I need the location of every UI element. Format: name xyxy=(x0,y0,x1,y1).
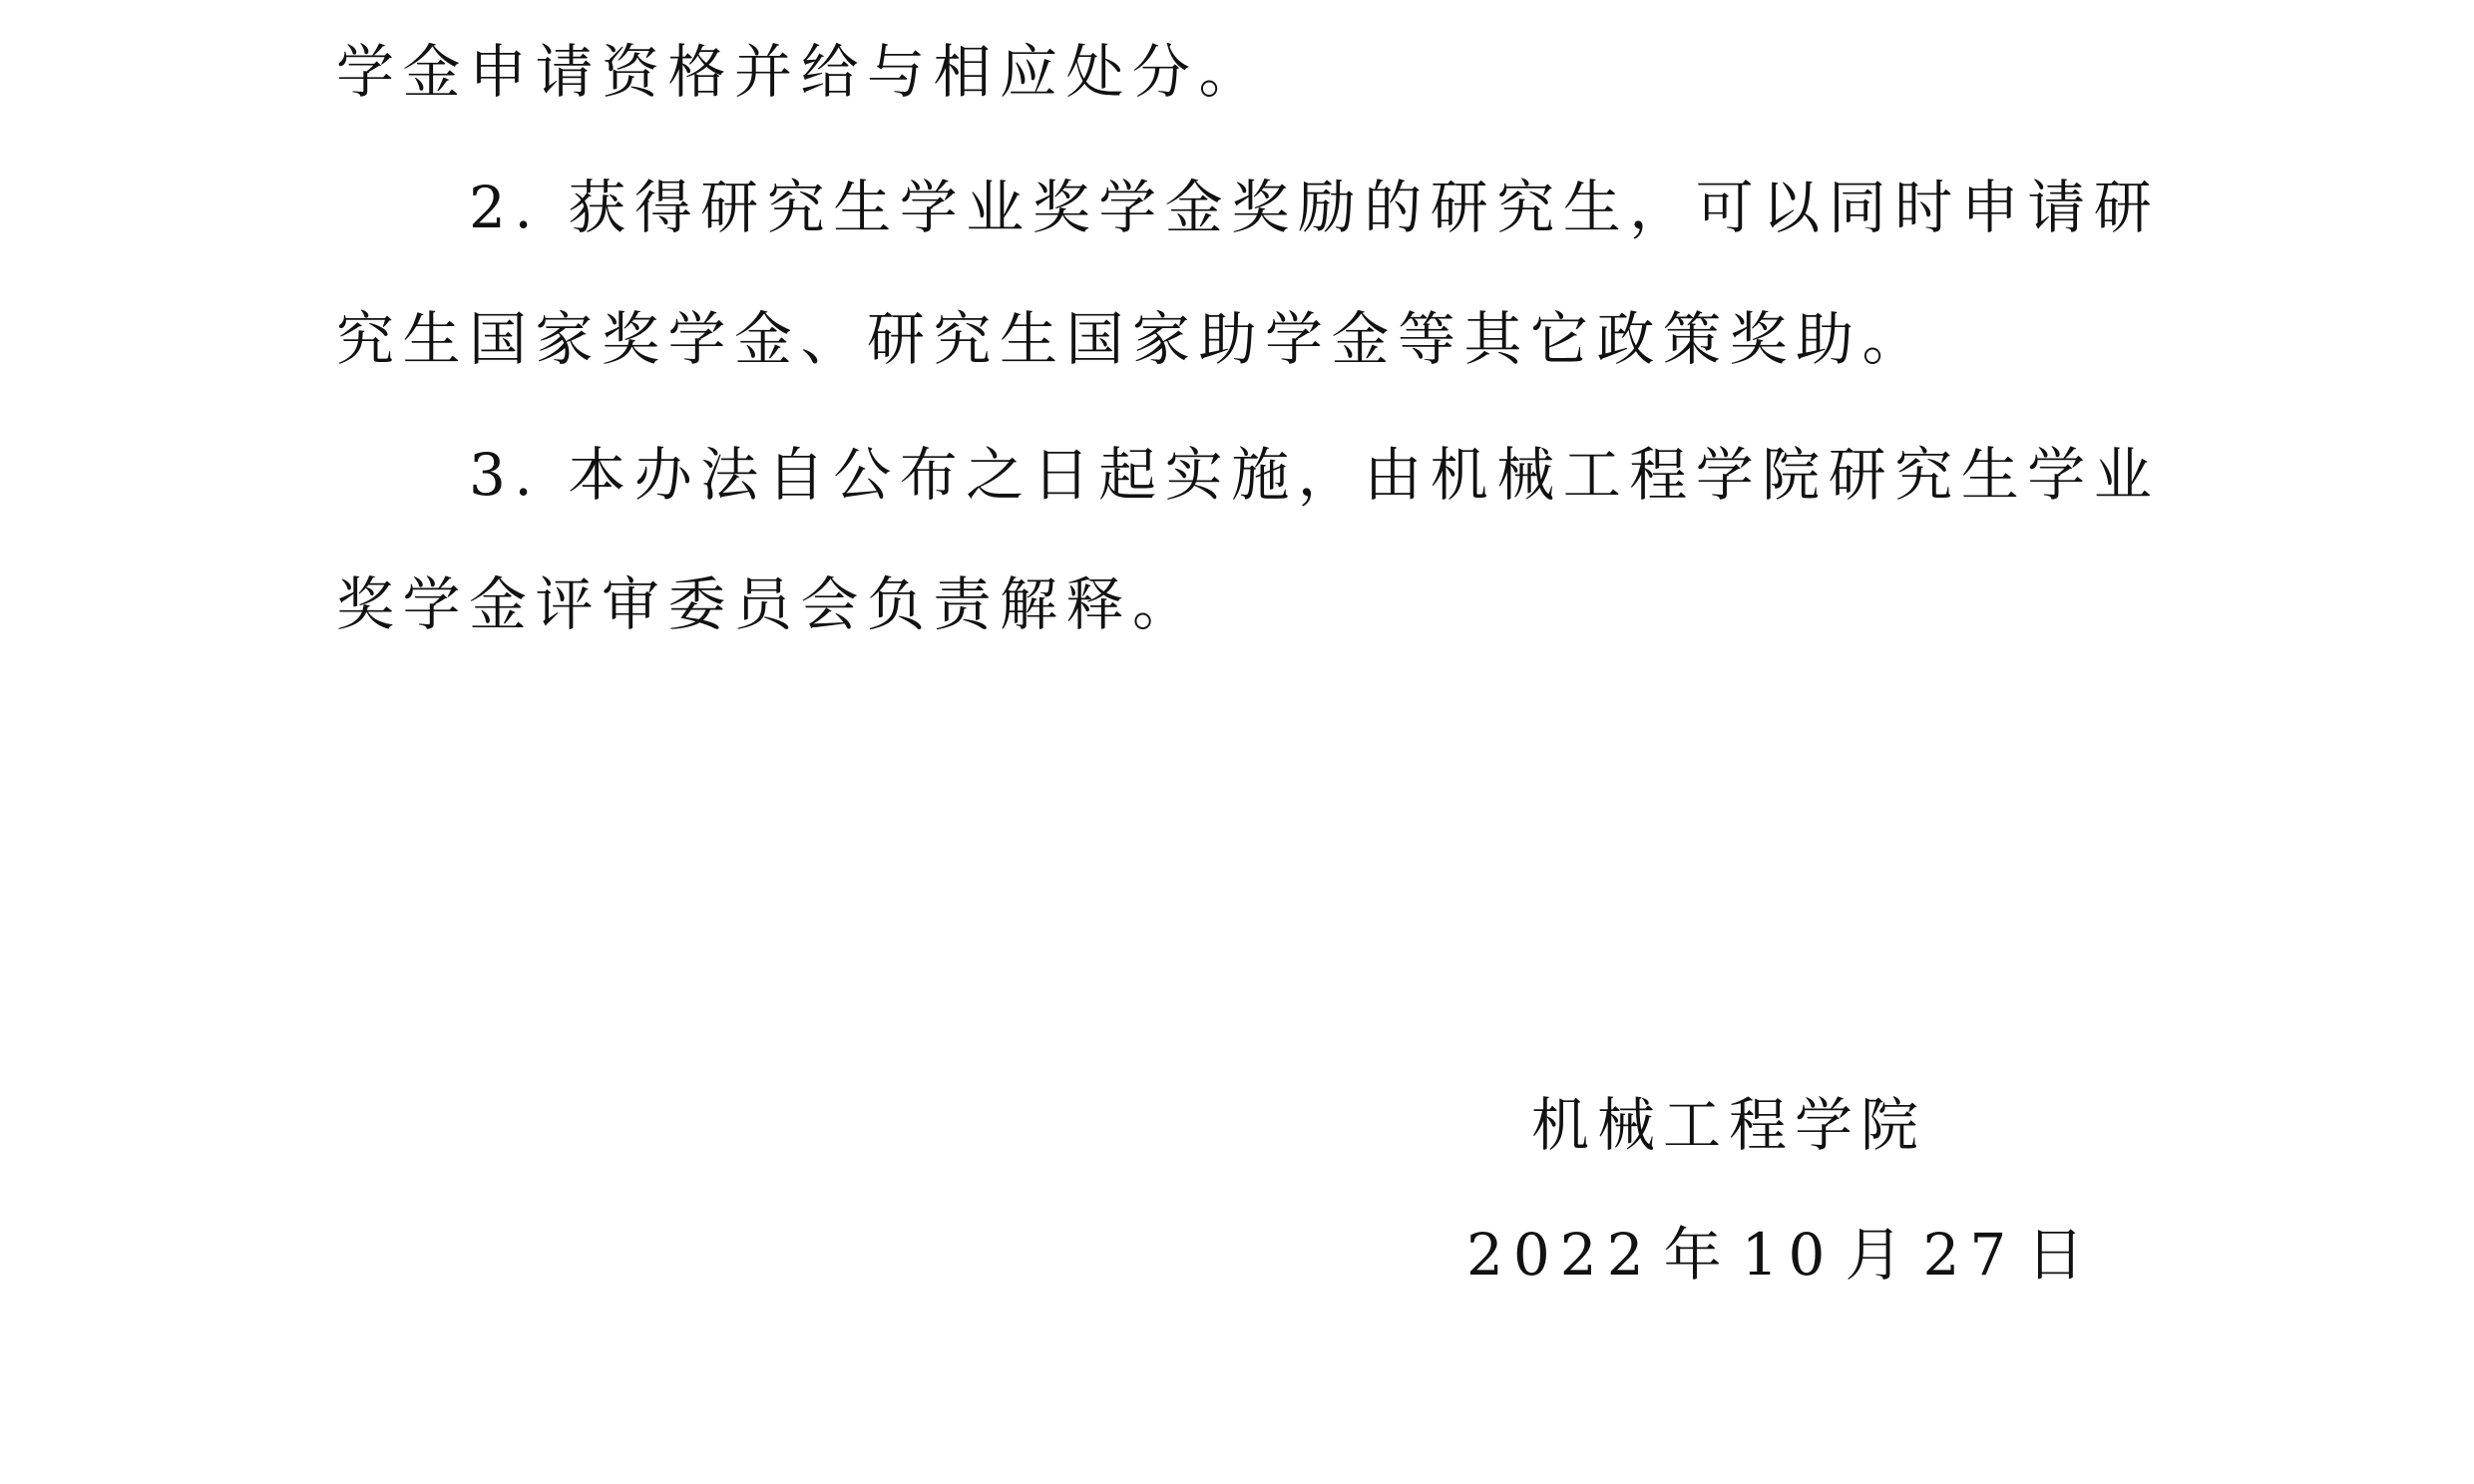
date-month: 10 xyxy=(1742,1221,1836,1289)
date-day-unit: 日 xyxy=(2026,1221,2090,1289)
paragraph-item-3-line-2: 奖学金评审委员会负责解释。 xyxy=(336,564,2152,644)
date-year: 2022 xyxy=(1466,1221,1654,1289)
date-month-unit: 月 xyxy=(1845,1221,1908,1289)
paragraph-line-disqualification-tail: 学金申请资格并给与相应处分。 xyxy=(336,32,2152,112)
signature-date: 2022年10月27日 xyxy=(1466,1215,2104,1295)
date-day: 27 xyxy=(1922,1221,2016,1289)
paragraph-item-3-line-1: 3. 本办法自公布之日起实施，由机械工程学院研究生学业 xyxy=(469,435,2165,515)
signature-organization: 机械工程学院 xyxy=(1531,1085,1926,1165)
paragraph-item-2-line-2: 究生国家奖学金、研究生国家助学金等其它政策奖助。 xyxy=(336,299,2152,379)
paragraph-item-2-line-1: 2. 获得研究生学业奖学金奖励的研究生，可以同时申请研 xyxy=(469,168,2165,247)
date-year-unit: 年 xyxy=(1664,1221,1728,1289)
document-page: 学金申请资格并给与相应处分。 2. 获得研究生学业奖学金奖励的研究生，可以同时申… xyxy=(0,0,2474,1484)
